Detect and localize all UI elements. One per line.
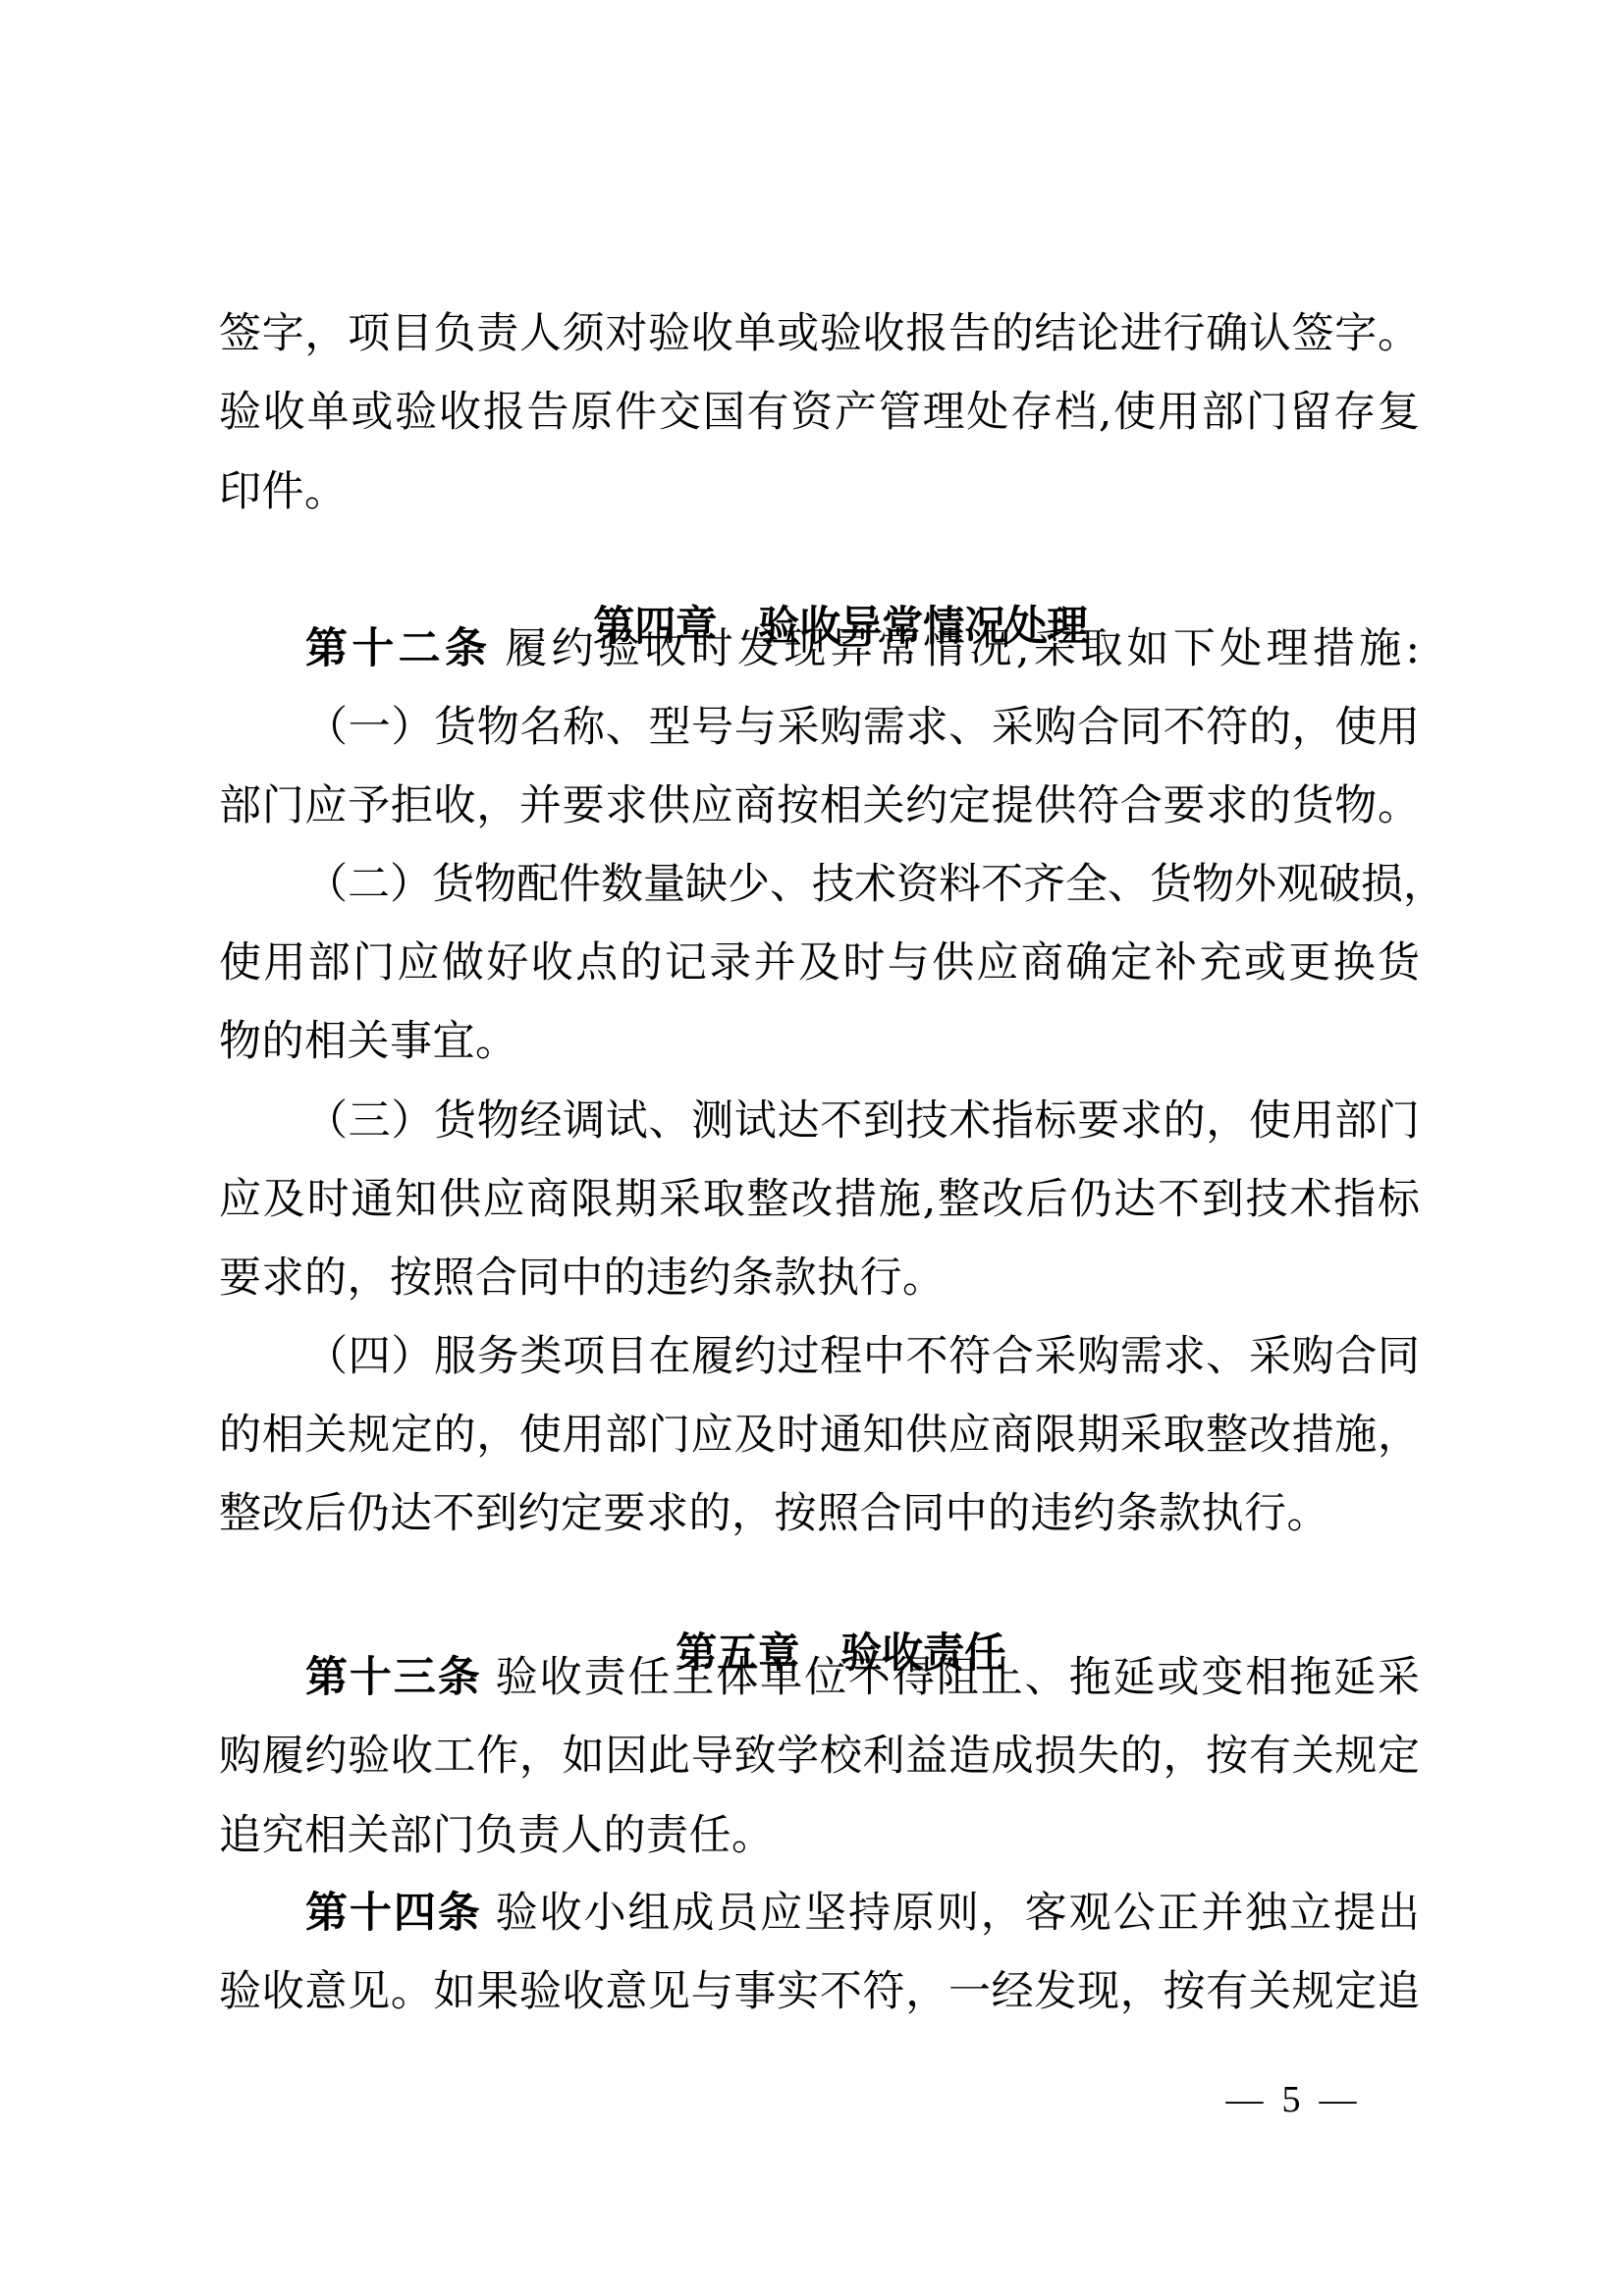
article-number: 第十二条 bbox=[305, 624, 491, 673]
body-line: 签字，项目负责人须对验收单或验收报告的结论进行确认签字。 bbox=[219, 306, 1420, 361]
article-13-line-3: 追究相关部门负责人的责任。 bbox=[219, 1808, 1420, 1863]
article-number: 第十三条 bbox=[305, 1653, 482, 1702]
document-page: 签字，项目负责人须对验收单或验收报告的结论进行确认签字。 验收单或验收报告原件交… bbox=[0, 0, 1624, 2296]
item-2-line-3: 物的相关事宜。 bbox=[219, 1014, 1420, 1069]
chapter-heading: 第五章 验收责任 bbox=[0, 1571, 1624, 1626]
body-line: 验收单或验收报告原件交国有资产管理处存档,使用部门留存复 bbox=[219, 385, 1420, 440]
item-4-line-3: 整改后仍达不到约定要求的，按照合同中的违约条款执行。 bbox=[219, 1486, 1420, 1541]
article-12: 第十二条履约验收时发现异常情况,采取如下处理措施: bbox=[305, 621, 1420, 676]
item-3-line-1: （三）货物经调试、测试达不到技术指标要求的，使用部门 bbox=[305, 1094, 1420, 1148]
item-4-line-1: （四）服务类项目在履约过程中不符合采购需求、采购合同 bbox=[305, 1329, 1420, 1384]
article-text: 履约验收时发现异常情况,采取如下处理措施: bbox=[505, 624, 1420, 673]
item-2-line-2: 使用部门应做好收点的记录并及时与供应商确定补充或更换货 bbox=[219, 935, 1420, 990]
article-13: 第十三条验收责任主体单位不得阻止、拖延或变相拖延采 bbox=[305, 1650, 1420, 1705]
chapter-heading: 第四章 验收异常情况处理 bbox=[0, 544, 1624, 599]
article-13-line-2: 购履约验收工作，如因此导致学校利益造成损失的，按有关规定 bbox=[219, 1729, 1420, 1784]
item-4-line-2: 的相关规定的，使用部门应及时通知供应商限期采取整改措施， bbox=[219, 1408, 1420, 1463]
article-14-line-2: 验收意见。如果验收意见与事实不符，一经发现，按有关规定追 bbox=[219, 1964, 1420, 2019]
body-line: 印件。 bbox=[219, 464, 1420, 519]
article-text: 验收责任主体单位不得阻止、拖延或变相拖延采 bbox=[496, 1653, 1420, 1702]
item-2-line-1: （二）货物配件数量缺少、技术资料不齐全、货物外观破损， bbox=[305, 857, 1420, 912]
item-3-line-3: 要求的，按照合同中的违约条款执行。 bbox=[219, 1251, 1420, 1306]
article-text: 验收小组成员应坚持原则，客观公正并独立提出 bbox=[496, 1889, 1420, 1938]
article-14: 第十四条验收小组成员应坚持原则，客观公正并独立提出 bbox=[305, 1886, 1420, 1941]
item-1-line-1: （一）货物名称、型号与采购需求、采购合同不符的，使用 bbox=[305, 700, 1420, 755]
item-3-line-2: 应及时通知供应商限期采取整改措施,整改后仍达不到技术指标 bbox=[219, 1172, 1420, 1227]
article-number: 第十四条 bbox=[305, 1889, 482, 1938]
page-number: — 5 — bbox=[1218, 2077, 1365, 2122]
item-1-line-2: 部门应予拒收，并要求供应商按相关约定提供符合要求的货物。 bbox=[219, 778, 1420, 833]
